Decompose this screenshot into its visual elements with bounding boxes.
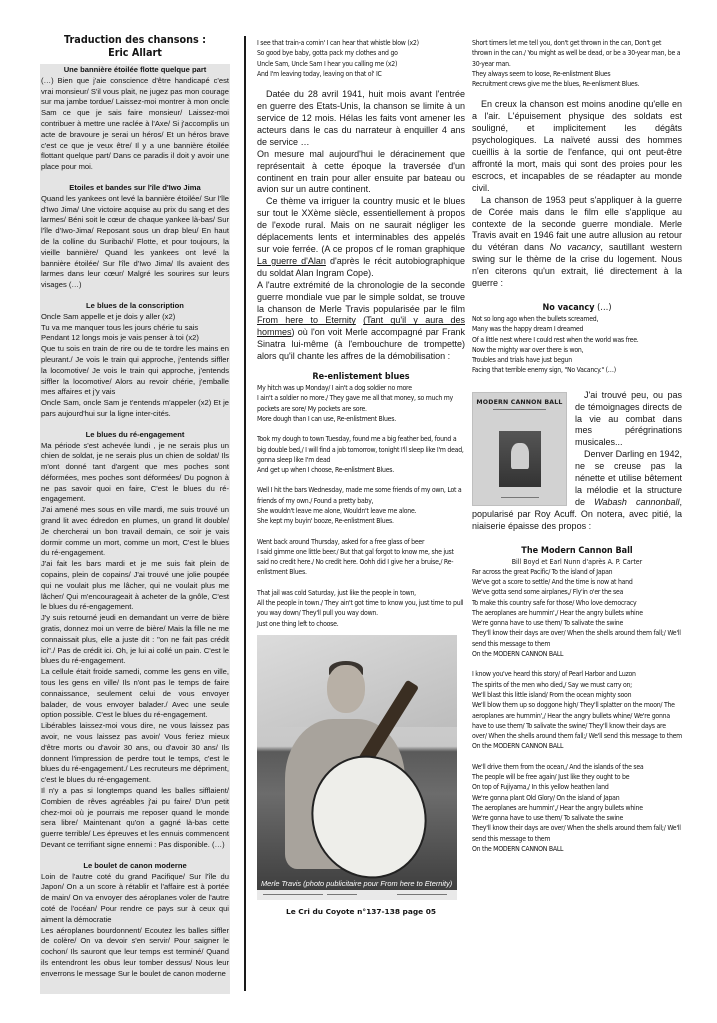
section-line: Tu va me manquer tous les jours chérie t… bbox=[41, 323, 229, 334]
section-text: Oncle Sam, oncle Sam je t'entends m'appe… bbox=[41, 398, 229, 420]
section-line: Oncle Sam appelle et je dois y aller (x2… bbox=[41, 312, 229, 323]
section-text: La cellule était froide samedi, comme le… bbox=[41, 667, 229, 721]
sheet-music-title: MODERN CANNON BALL bbox=[473, 399, 566, 406]
lyric-line: We're gonna have to use them/ To salivat… bbox=[472, 618, 682, 628]
song-credit: Bill Boyd et Earl Nunn d'après A. P. Car… bbox=[472, 557, 682, 567]
book-title-link: La guerre d'Alan bbox=[257, 256, 326, 266]
song-title-text: No vacancy bbox=[542, 303, 594, 313]
lyric-line: Many was the happy dream I dreamed bbox=[472, 324, 682, 334]
section-heading: Le blues du ré-engagement bbox=[41, 430, 229, 441]
lyric-line: Uncle Sam, Uncle Sam I hear you calling … bbox=[257, 59, 465, 69]
article-paragraph: Ce thème va irriguer la country music et… bbox=[257, 196, 465, 279]
article-paragraph: La chanson de 1953 peut s'appliquer à la… bbox=[472, 195, 682, 290]
lyric-line: We're gonna plant Old Glory/ On the isla… bbox=[472, 793, 682, 803]
lyric-line: Well I hit the bars Wednesday, made me s… bbox=[257, 485, 465, 506]
column-divider bbox=[244, 36, 246, 991]
title-line-1: Traduction des chansons : bbox=[48, 34, 223, 47]
lyric-line: The people will be free again/ Just like… bbox=[472, 772, 682, 782]
lyric-line: All the people in town./ They ain't got … bbox=[257, 598, 465, 619]
paragraph-text: En creux la chanson est moins anodine qu… bbox=[472, 99, 682, 192]
article-paragraph: En creux la chanson est moins anodine qu… bbox=[472, 99, 682, 194]
lyric-line: To make this country safe for those/ Who… bbox=[472, 598, 682, 608]
lyric-line: Went back around Thursday, asked for a f… bbox=[257, 537, 465, 547]
lyric-line: We'll blow them up so doggone high/ They… bbox=[472, 700, 682, 741]
section-text: J'y suis retourné jeudi en demandant un … bbox=[41, 613, 229, 667]
section-text: J'ai amené mes sous en ville mardi, me s… bbox=[41, 505, 229, 559]
section-text: Il n'y a pas si longtemps quand les ball… bbox=[41, 786, 229, 851]
sheet-music-cover: MODERN CANNON BALL bbox=[472, 392, 567, 506]
sheet-music-block: MODERN CANNON BALL J'ai trouvé peu, ou p… bbox=[472, 390, 682, 533]
translations-box: Une bannière étoilée flotte quelque part… bbox=[40, 64, 230, 994]
lyric-line: Now the mighty war over there is won, bbox=[472, 345, 682, 355]
section-text: Libérables laissez-moi vous dire, ne vou… bbox=[41, 721, 229, 786]
lyric-line: On the MODERN CANNON BALL bbox=[472, 741, 682, 751]
lyric-line: Facing that terrible enemy sign, "No Vac… bbox=[472, 365, 682, 375]
section-text: Que tu sois en train de rire ou de te to… bbox=[41, 344, 229, 398]
song-title: The Modern Cannon Ball bbox=[483, 545, 672, 557]
lyric-line: We'll blast this little island/ From the… bbox=[472, 690, 682, 700]
section-text: Loin de l'autre coté du grand Pacifique/… bbox=[41, 872, 229, 926]
lyric-line: My hitch was up Monday/ I ain't a dog so… bbox=[257, 383, 465, 393]
lyric-line: And I'm leaving today, leaving on that o… bbox=[257, 69, 465, 79]
lyric-line: We'll drive them from the ocean,/ And th… bbox=[472, 762, 682, 772]
section-heading: Le blues de la conscription bbox=[41, 301, 229, 312]
merle-travis-photo: Merle Travis (photo publicitaire pour Fr… bbox=[257, 635, 457, 900]
section-heading: Une bannière étoilée flotte quelque part bbox=[41, 65, 229, 76]
lyric-line: She kept my buyin' booze, Re-enlistment … bbox=[257, 516, 465, 526]
paragraph-text: Datée du 28 avril 1941, huit mois avant … bbox=[257, 89, 465, 147]
song-lyrics: Far across the great Pacific/ To the isl… bbox=[472, 567, 682, 855]
section-text: Les aéroplanes bourdonnent/ Ecoutez les … bbox=[41, 926, 229, 980]
cover-photo bbox=[499, 431, 541, 487]
lyric-line: They'll know their days are over/ When t… bbox=[472, 823, 682, 844]
lyric-line: Just one thing left to choose. bbox=[257, 619, 465, 629]
song-title: Re-enlistement blues bbox=[267, 371, 454, 383]
lyric-line: Recruitment crews give me the blues, Re-… bbox=[472, 79, 682, 89]
article-paragraph: On mesure mal aujourd'hui le déracinemen… bbox=[257, 149, 465, 197]
lyric-line: More dough than I can use, Re-enlistment… bbox=[257, 414, 465, 424]
translations-column: Traduction des chansons : Eric Allart Un… bbox=[40, 0, 230, 994]
lyric-line: I see that train-a comin' I can hear tha… bbox=[257, 38, 465, 48]
lyric-line: We're gonna have to use them/ To salivat… bbox=[472, 813, 682, 823]
translator-name: Eric Allart bbox=[48, 47, 223, 60]
lyric-line: Troubles and trials have just begun bbox=[472, 355, 682, 365]
song-lyrics: My hitch was up Monday/ I ain't a dog so… bbox=[257, 383, 465, 629]
section-text: Ma période s'est achevée lundi , je ne s… bbox=[41, 441, 229, 506]
lyrics-excerpt: I see that train-a comin' I can hear tha… bbox=[257, 38, 465, 79]
article-paragraph: Datée du 28 avril 1941, huit mois avant … bbox=[257, 89, 465, 149]
song-title: No vacancy (…) bbox=[483, 302, 672, 314]
lyric-line: We've got a score to settle/ And the tim… bbox=[472, 577, 682, 587]
paragraph-text: On mesure mal aujourd'hui le déracinemen… bbox=[257, 149, 465, 195]
song-lyrics: Not so long ago when the bullets screame… bbox=[472, 314, 682, 376]
lyric-line: I said gimme one little beer./ But that … bbox=[257, 547, 465, 578]
lyric-line: On top of Fujiyama,/ In this yellow heat… bbox=[472, 782, 682, 792]
lyric-line: Of a little nest where I could rest when… bbox=[472, 335, 682, 345]
lyric-line: Short timers let me tell you, don't get … bbox=[472, 38, 682, 69]
lyric-line: They always seem to loose, Re-enlistment… bbox=[472, 69, 682, 79]
section-text: Quand les yankees ont levé la bannière é… bbox=[41, 194, 229, 291]
section-line: Pendant 12 longs mois je vais penser à t… bbox=[41, 333, 229, 344]
lyric-line: The aeroplanes are hummin',/ Hear the an… bbox=[472, 608, 682, 618]
lyric-line: That jail was cold Saturday, just like t… bbox=[257, 588, 465, 598]
lyric-line: I ain't a soldier no more./ They gave me… bbox=[257, 393, 465, 414]
section-heading: Le boulet de canon moderne bbox=[41, 861, 229, 872]
lyric-line: On the MODERN CANNON BALL bbox=[472, 844, 682, 854]
page-footer: Le Cri du Coyote n°137-138 page 05 bbox=[257, 907, 465, 916]
song-title-inline: No vacancy bbox=[550, 242, 601, 252]
lyric-line: She wouldn't leave me alone, Wouldn't le… bbox=[257, 506, 465, 516]
lyric-line: I know you've heard this story/ of Pearl… bbox=[472, 669, 682, 679]
section-text: J'ai fait les bars mardi et je me suis f… bbox=[41, 559, 229, 613]
lyric-line: So good bye baby, gotta pack my clothes … bbox=[257, 48, 465, 58]
photo-caption: Merle Travis (photo publicitaire pour Fr… bbox=[261, 879, 452, 888]
lyric-line: Took my dough to town Tuesday, found me … bbox=[257, 434, 465, 465]
lyric-line: The aeroplanes are hummin',/ Hear the an… bbox=[472, 803, 682, 813]
lyric-line: And get up when I choose, Re-enlistment … bbox=[257, 465, 465, 475]
paragraph-text: A l'autre extrémité de la chronologie de… bbox=[257, 280, 465, 314]
lyric-line: On the MODERN CANNON BALL bbox=[472, 649, 682, 659]
song-title-inline: Wabash cannonball bbox=[594, 497, 679, 507]
lyric-line: Not so long ago when the bullets screame… bbox=[472, 314, 682, 324]
article-middle-column: I see that train-a comin' I can hear tha… bbox=[257, 38, 465, 916]
section-text: (…) Bien que j'aie conscience d'être han… bbox=[41, 76, 229, 173]
lyric-line: They'll know their days are over/ When t… bbox=[472, 628, 682, 649]
ellipsis: (…) bbox=[595, 303, 612, 313]
lyric-line: The spirits of the men who died,/ Say we… bbox=[472, 680, 682, 690]
translations-title: Traduction des chansons : Eric Allart bbox=[48, 34, 223, 60]
lyric-line: We've gotta send some airplanes,/ Fly'in… bbox=[472, 587, 682, 597]
article-right-column: Short timers let me tell you, don't get … bbox=[472, 38, 682, 854]
film-title-link: From here to Eternity bbox=[257, 315, 356, 325]
paragraph-text: Ce thème va irriguer la country music et… bbox=[257, 196, 465, 254]
lyric-line: Far across the great Pacific/ To the isl… bbox=[472, 567, 682, 577]
lyrics-continuation: Short timers let me tell you, don't get … bbox=[472, 38, 682, 89]
section-heading: Etoiles et bandes sur l'île d'Iwo Jima bbox=[41, 183, 229, 194]
article-paragraph: A l'autre extrémité de la chronologie de… bbox=[257, 280, 465, 363]
paragraph-text: J'ai trouvé peu, ou pas de témoignages d… bbox=[575, 390, 682, 448]
